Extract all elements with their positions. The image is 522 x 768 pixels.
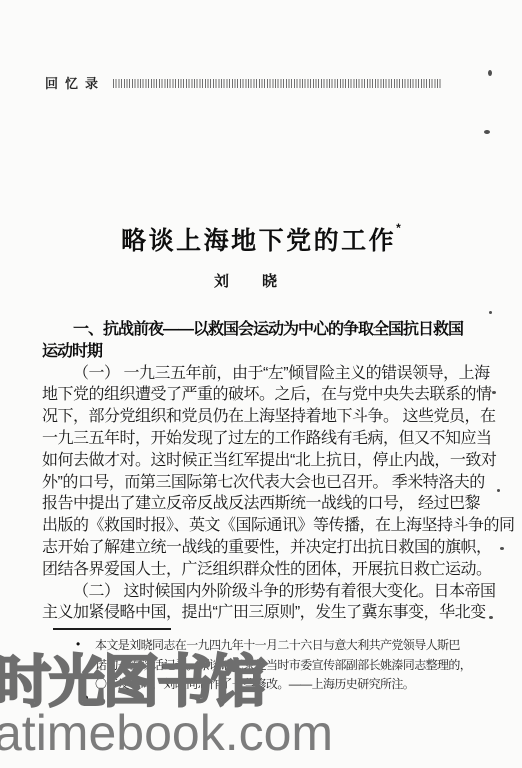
scanned-page: 回忆录 略谈上海地下党的工作* 刘 晓 一、抗战前夜——以救国会运动为中心的争取… (0, 0, 522, 768)
footnote-marker: • (76, 637, 80, 651)
author-name: 刘 晓 (0, 270, 492, 291)
section-heading-line: 一、抗战前夜——以救国会运动为中心的争取全国抗日救国 (42, 319, 498, 341)
ink-speck (492, 391, 496, 394)
ink-speck (488, 70, 492, 76)
ink-speck (489, 616, 493, 619)
ink-speck (484, 130, 490, 134)
body-line: 一九三五年时，开始发现了过左的工作路线有毛病，但又不知应当 (42, 428, 498, 450)
body-line: 况下，部分党组织和党员仍在上海坚持着地下斗争。 这些党员，在 (42, 406, 498, 428)
body-line: 报告中提出了建立反帝反战反法西斯统一战线的口号， 经过巴黎 (42, 493, 498, 515)
section-heading-line: 运动时期 (42, 341, 498, 363)
running-head-label: 回忆录 (45, 73, 105, 92)
article-title: 略谈上海地下党的工作* (0, 221, 522, 257)
ink-speck (500, 547, 504, 550)
ink-speck (497, 489, 500, 492)
article-title-text: 略谈上海地下党的工作 (121, 227, 396, 255)
body-line: 团结各界爱国人士，广泛组织群众性的团体，开展抗日救亡运动。 (42, 559, 498, 581)
title-footnote-marker: * (396, 221, 401, 235)
body-line: （二） 这时候国内外阶级斗争的形势有着很大变化。日本帝国 (42, 581, 498, 603)
watermark-domain-text: atimebook.com (0, 705, 333, 763)
body-line: 外”的口号，而第三国际第七次代表大会也已召开。 季米特洛夫的 (42, 472, 498, 494)
body-line: 出版的《救国时报》、英文《国际通讯》等传播，在上海坚持斗争的同 (42, 515, 498, 537)
body-line: 主义加紧侵略中国，提出“广田三原则”，发生了冀东事变，华北变 (42, 602, 498, 624)
body-line: （一） 一九三五年前，由于“左”倾冒险主义的错误领导，上海 (42, 363, 498, 385)
running-head-rule (113, 79, 441, 88)
body-text: 一、抗战前夜——以救国会运动为中心的争取全国抗日救国 运动时期 （一） 一九三五… (42, 319, 498, 624)
ink-speck (489, 311, 492, 314)
body-line: 如何去做才对。这时候正当红军提出“北上抗日，停止内战，一致对 (42, 450, 498, 472)
body-line: 地下党的组织遭受了严重的破坏。之后，在与党中央失去联系的情 (42, 384, 498, 406)
watermark-cn-text: 时光图书馆 (0, 651, 265, 713)
body-line: 志开始了解建立统一战线的重要性，并决定打出抗日救国的旗帜， (42, 537, 498, 559)
footnote-separator-rule (53, 628, 171, 630)
